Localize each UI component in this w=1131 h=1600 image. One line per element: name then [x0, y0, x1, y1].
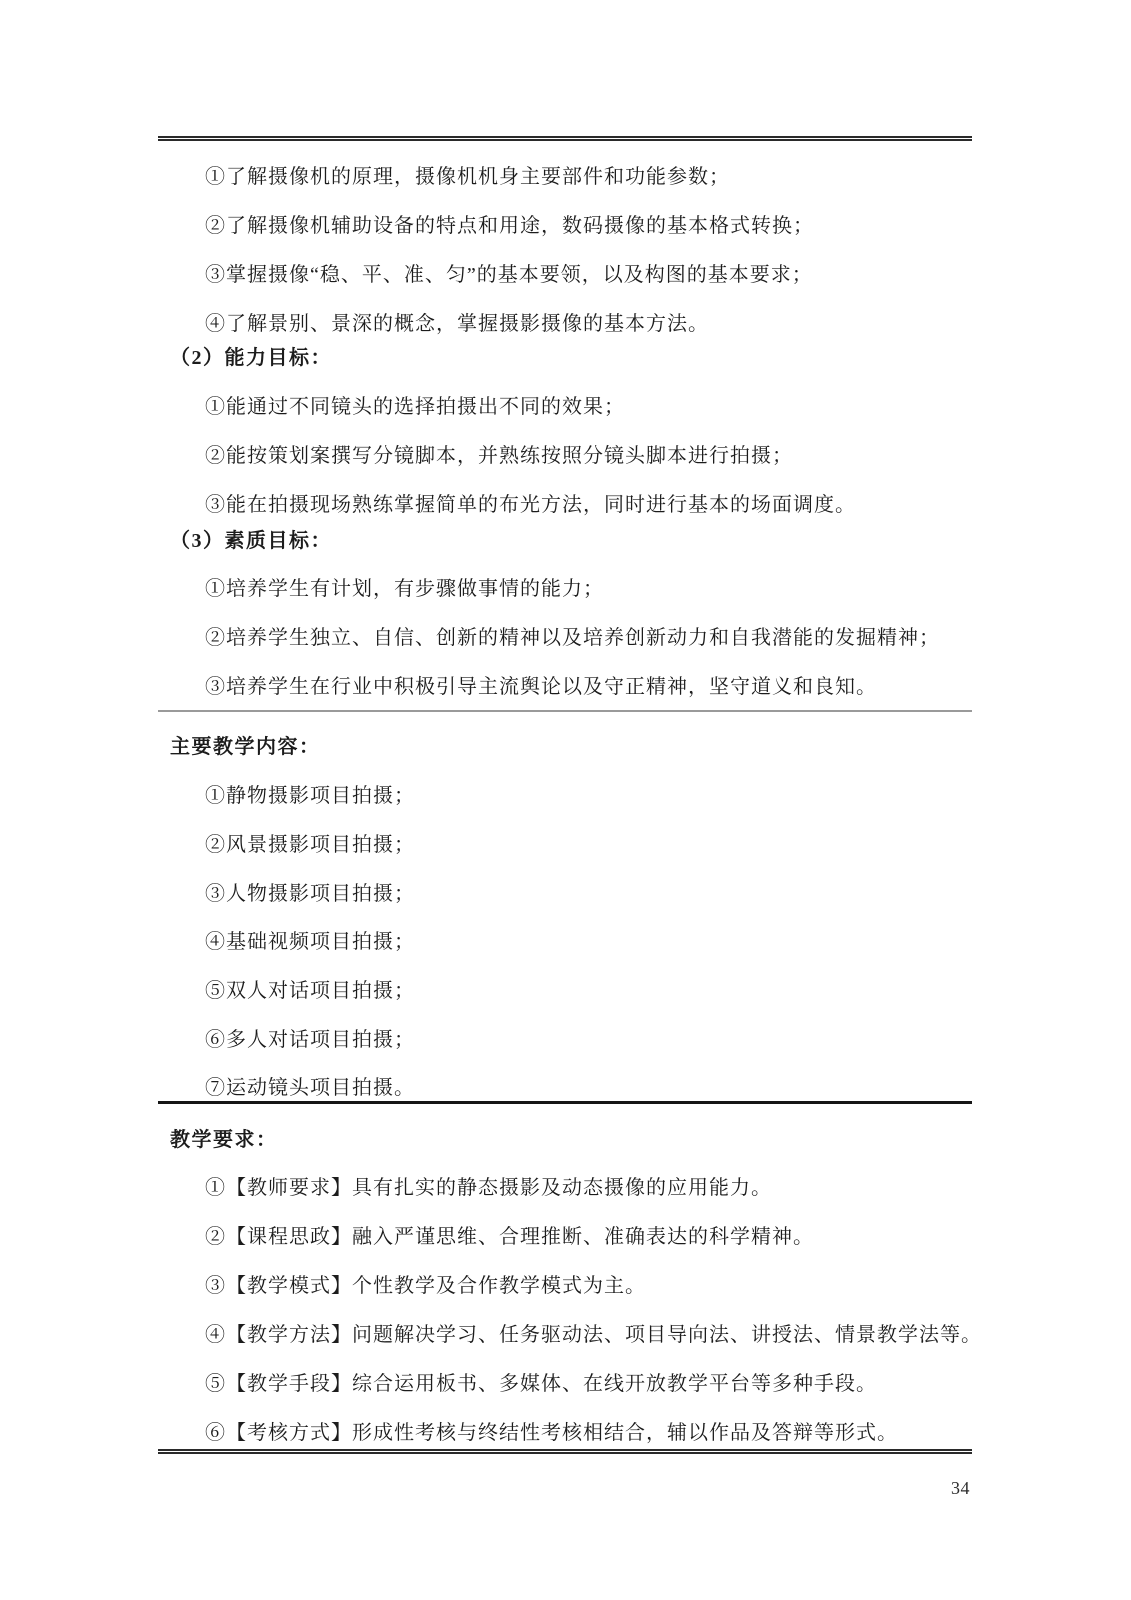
- list-item: ④了解景别、景深的概念，掌握摄影摄像的基本方法。: [158, 310, 972, 338]
- list-item: ②【课程思政】融入严谨思维、合理推断、准确表达的科学精神。: [158, 1223, 972, 1251]
- section-heading: （3）素质目标：: [158, 527, 972, 555]
- section-divider-thin: [158, 710, 972, 712]
- top-border-rule: [158, 136, 972, 141]
- list-item: ②培养学生独立、自信、创新的精神以及培养创新动力和自我潜能的发掘精神；: [158, 624, 972, 652]
- list-item: ③能在拍摄现场熟练掌握简单的布光方法，同时进行基本的场面调度。: [158, 491, 972, 519]
- list-item: ②能按策划案撰写分镜脚本，并熟练按照分镜头脚本进行拍摄；: [158, 442, 972, 470]
- list-item: ④【教学方法】问题解决学习、任务驱动法、项目导向法、讲授法、情景教学法等。: [158, 1321, 972, 1349]
- document-page: ①了解摄像机的原理，摄像机机身主要部件和功能参数；②了解摄像机辅助设备的特点和用…: [158, 0, 972, 1600]
- list-item: ①能通过不同镜头的选择拍摄出不同的效果；: [158, 393, 972, 421]
- list-item: ⑤双人对话项目拍摄；: [158, 977, 972, 1005]
- list-item: ⑥【考核方式】形成性考核与终结性考核相结合，辅以作品及答辩等形式。: [158, 1419, 972, 1447]
- list-item: ①【教师要求】具有扎实的静态摄影及动态摄像的应用能力。: [158, 1174, 972, 1202]
- list-item: ①静物摄影项目拍摄；: [158, 782, 972, 810]
- list-item: ①了解摄像机的原理，摄像机机身主要部件和功能参数；: [158, 163, 972, 191]
- page-number: 34: [951, 1478, 970, 1499]
- list-item: ③掌握摄像“稳、平、准、匀”的基本要领，以及构图的基本要求；: [158, 261, 972, 289]
- section-divider-thick: [158, 1101, 972, 1104]
- list-item: ③培养学生在行业中积极引导主流舆论以及守正精神，坚守道义和良知。: [158, 673, 972, 701]
- list-item: ③人物摄影项目拍摄；: [158, 880, 972, 908]
- list-item: ②了解摄像机辅助设备的特点和用途，数码摄像的基本格式转换；: [158, 212, 972, 240]
- list-item: ⑥多人对话项目拍摄；: [158, 1026, 972, 1054]
- list-item: ③【教学模式】个性教学及合作教学模式为主。: [158, 1272, 972, 1300]
- bottom-border-rule: [158, 1449, 972, 1454]
- list-item: ②风景摄影项目拍摄；: [158, 831, 972, 859]
- list-item: ④基础视频项目拍摄；: [158, 928, 972, 956]
- section-heading: 主要教学内容：: [158, 733, 972, 761]
- section-heading: （2）能力目标：: [158, 344, 972, 372]
- list-item: ⑦运动镜头项目拍摄。: [158, 1074, 972, 1102]
- section-heading: 教学要求：: [158, 1126, 972, 1154]
- list-item: ①培养学生有计划，有步骤做事情的能力；: [158, 575, 972, 603]
- list-item: ⑤【教学手段】综合运用板书、多媒体、在线开放教学平台等多种手段。: [158, 1370, 972, 1398]
